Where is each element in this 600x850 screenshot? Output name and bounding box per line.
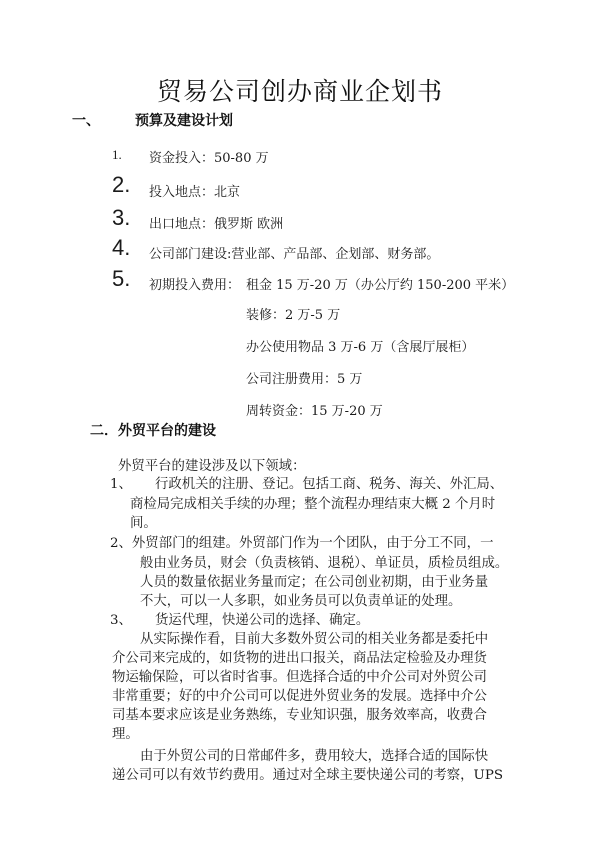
section1-marker: 一、 [72, 110, 100, 130]
list-number: 2. [112, 174, 130, 196]
paragraph-line: 行政机关的注册、登记。包括工商、税务、海关、外汇局、 [155, 475, 503, 495]
list-number: 5. [112, 268, 130, 290]
list-number: 1、 [110, 475, 132, 495]
list-number: 3. [112, 207, 130, 229]
list-item: 租金 15 万-20 万（办公厅约 150-200 平米） [246, 274, 514, 293]
list-item: 公司部门建设:营业部、产品部、企划部、财务部。 [149, 243, 439, 262]
paragraph-line: 般由业务员，财会（负责核销、退税）、单证员，质检员组成。 [140, 554, 508, 574]
paragraph-line: 物运输保险，可以省时省事。但选择合适的中介公司对外贸公司 [112, 668, 487, 688]
list-item: 投入地点：北京 [149, 181, 240, 200]
paragraph-line: 理。 [112, 725, 139, 745]
section2-heading: 二．外贸平台的建设 [90, 420, 216, 440]
cost-line: 办公使用物品 3 万-6 万（含展厅展柜） [246, 336, 474, 355]
paragraph-line: 人员的数量依据业务量而定；在公司创业初期，由于业务量 [140, 573, 488, 593]
paragraph-line: 介公司来完成的，如货物的进出口报关，商品法定检验及办理货 [112, 649, 487, 669]
list-number: 4. [112, 237, 130, 259]
paragraph-line: 间。 [130, 514, 157, 534]
paragraph-line: 货运代理，快递公司的选择、确定。 [155, 611, 369, 631]
list-item: 出口地点：俄罗斯 欧洲 [149, 213, 283, 232]
paragraph-line: 不大，可以一人多职，如业务员可以负责单证的处理。 [140, 592, 461, 612]
list-number: 1. [112, 147, 122, 163]
list-number: 3、 [110, 611, 132, 631]
list-item-label: 初期投入费用： [149, 274, 240, 293]
paragraph-line: 司基本要求应该是业务熟练，专业知识强，服务效率高，收费合 [112, 706, 487, 726]
cost-line: 装修：2 万-5 万 [246, 304, 340, 323]
document-title: 贸易公司创办商业企划书 [0, 72, 600, 108]
paragraph-line: 从实际操作看，目前大多数外贸公司的相关业务都是委托中 [140, 630, 488, 650]
section1-heading: 预算及建设计划 [135, 110, 233, 130]
list-item: 资金投入：50-80 万 [149, 147, 269, 166]
paragraph-line: 非常重要；好的中介公司可以促进外贸业务的发展。选择中介公 [112, 687, 487, 707]
paragraph-line: 2、外贸部门的组建。外贸部门作为一个团队，由于分工不同，一 [110, 534, 493, 554]
section2-intro: 外贸平台的建设涉及以下领域： [118, 457, 305, 477]
paragraph-line: 递公司可以有效节约费用。通过对全球主要快递公司的考察，UPS [112, 766, 503, 786]
cost-line: 公司注册费用：5 万 [246, 368, 362, 387]
paragraph-line: 商检局完成相关手续的办理；整个流程办理结束大概 2 个月时 [130, 495, 495, 515]
cost-line: 周转资金：15 万-20 万 [246, 400, 383, 419]
paragraph-line: 由于外贸公司的日常邮件多，费用较大，选择合适的国际快 [140, 747, 488, 767]
